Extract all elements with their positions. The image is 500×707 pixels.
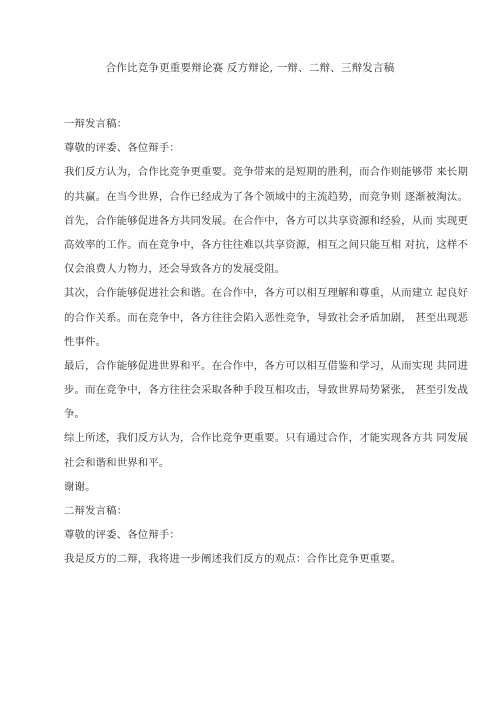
document-title: 合作比竞争更重要辩论赛 反方辩论, 一辩、二辩、三辩发言稿 [0, 60, 500, 75]
line-10: 最后，合作能够促进世界和平。在合作中，各方可以相互借鉴和学习，从而实现 共同进 [64, 358, 434, 382]
line-2: 我们反方认为，合作比竞争更重要。竞争带来的是短期的胜利，而合作则能够带 来长期 [64, 164, 434, 188]
line-17: 尊敬的评委、各位辩手： [64, 527, 434, 551]
line-1: 尊敬的评委、各位辩手： [64, 140, 434, 164]
line-7: 其次，合作能够促进社会和谐。在合作中，各方可以相互理解和尊重，从而建立 起良好 [64, 285, 434, 309]
line-11: 步。而在竞争中，各方往往会采取各种手段互相攻击，导致世界局势紧张， 甚至引发战 [64, 382, 434, 406]
line-14: 社会和谐和世界和平。 [64, 455, 434, 479]
line-6: 仅会浪费人力物力，还会导致各方的发展受阻。 [64, 261, 434, 285]
line-18: 我是反方的二辩，我将进一步阐述我们反方的观点：合作比竞争更重要。 [64, 551, 434, 575]
line-8: 的合作关系。而在竞争中，各方往往会陷入恶性竞争，导致社会矛盾加剧， 甚至出现恶 [64, 310, 434, 334]
line-4: 首先，合作能够促进各方共同发展。在合作中，各方可以共享资源和经验，从而 实现更 [64, 213, 434, 237]
line-15: 谢谢。 [64, 479, 434, 503]
line-0: 一辩发言稿： [64, 116, 434, 140]
line-3: 的共赢。在当今世界，合作已经成为了各个领域中的主流趋势，而竞争则 逐渐被淘汰。 [64, 189, 434, 213]
line-12: 争。 [64, 406, 434, 430]
line-16: 二辩发言稿： [64, 503, 434, 527]
line-5: 高效率的工作。而在竞争中，各方往往难以共享资源，相互之间只能互相 对抗，这样不 [64, 237, 434, 261]
line-13: 综上所述，我们反方认为，合作比竞争更重要。只有通过合作，才能实现各方共 同发展 [64, 430, 434, 454]
document-body: 一辩发言稿： 尊敬的评委、各位辩手： 我们反方认为，合作比竞争更重要。竞争带来的… [64, 116, 434, 576]
line-9: 性事件。 [64, 334, 434, 358]
